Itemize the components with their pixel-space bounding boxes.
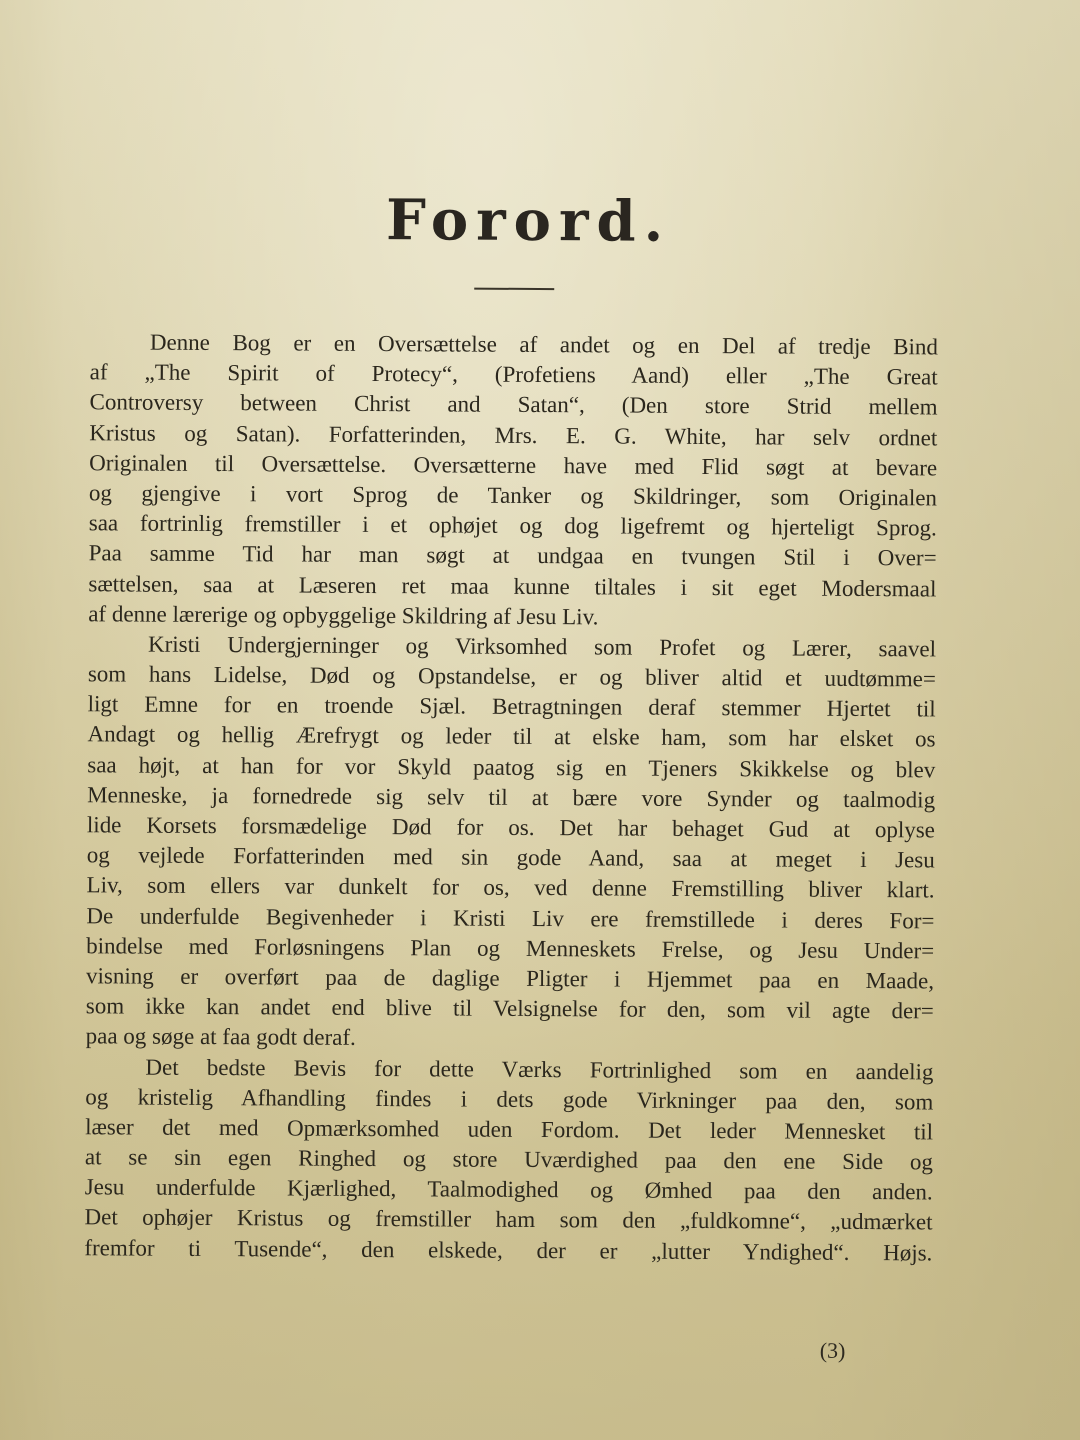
book-page: Forord. Denne Bog er en Oversættelse af …	[0, 0, 1080, 1440]
page-title: Forord.	[0, 185, 1069, 258]
preface-body: Denne Bog er en Oversættelse af andet og…	[84, 327, 938, 1268]
page-number: (3)	[820, 1338, 846, 1364]
paragraph-1: Denne Bog er en Oversættelse af andet og…	[88, 327, 938, 634]
text-line: fremfor ti Tusende“, den elskede, der er…	[84, 1233, 932, 1268]
paragraph-3: Det bedste Bevis for dette Værks Fortrin…	[84, 1052, 933, 1268]
page-content: Forord. Denne Bog er en Oversættelse af …	[0, 0, 1080, 3]
title-divider	[474, 288, 554, 290]
paragraph-2: Kristi Undergjerninger og Virksomhed som…	[86, 629, 937, 1057]
